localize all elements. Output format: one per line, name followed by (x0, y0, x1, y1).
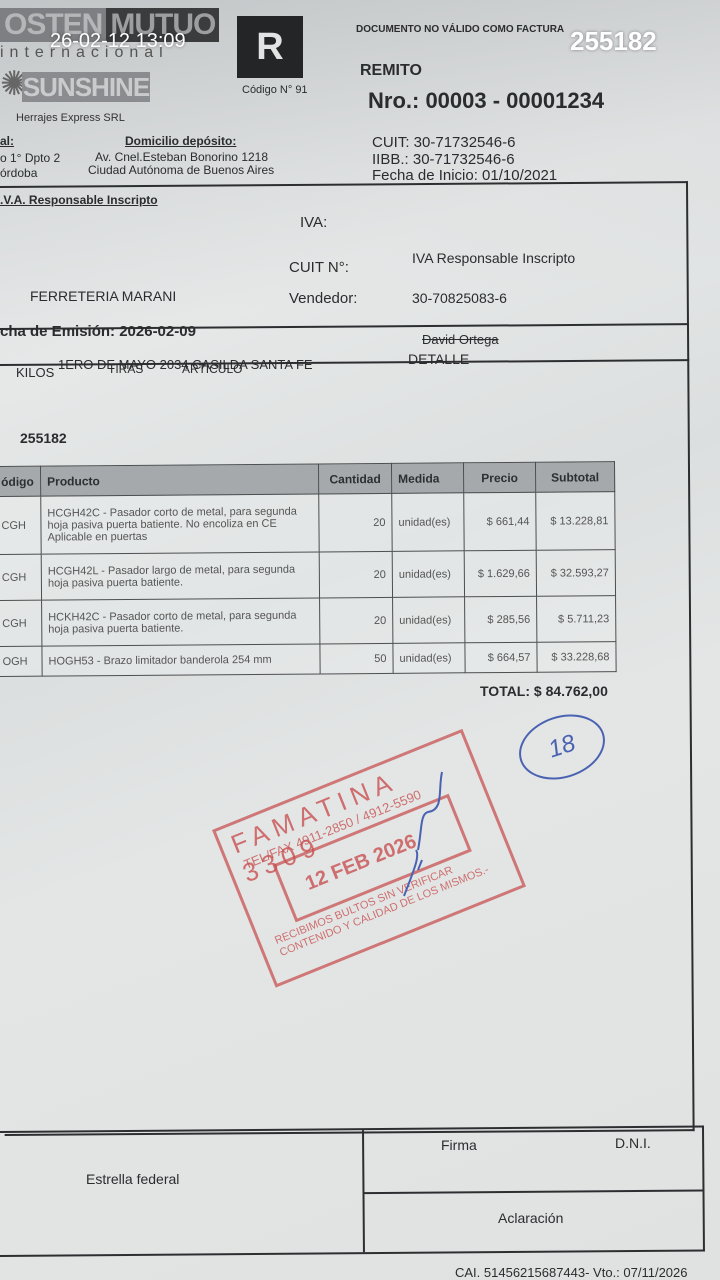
deposit-address-label: Domicilio depósito: (125, 134, 236, 148)
client-cuit-value: 30-70825083-6 (412, 290, 507, 306)
doc-code: Código N° 91 (242, 84, 308, 96)
items-table: ódigo Producto Cantidad Medida Precio Su… (0, 461, 617, 677)
cell-codigo: CGH (0, 496, 41, 554)
cell-subtotal: $ 5.711,23 (537, 596, 616, 643)
kilos-label: KILOS (16, 365, 54, 380)
cell-precio: $ 1.629,66 (464, 550, 536, 597)
col-medida: Medida (391, 463, 463, 494)
table-row: CGH HCGH42L - Pasador largo de metal, pa… (0, 550, 616, 601)
cell-medida: unidad(es) (392, 551, 464, 598)
cell-subtotal: $ 13.228,81 (536, 492, 615, 551)
sunshine-logo: SUNSHINE (22, 72, 150, 102)
cell-cantidad: 20 (319, 493, 392, 552)
client-iva-label: IVA: (300, 214, 327, 231)
detalle-label: DETALLE (408, 351, 469, 367)
doc-type: REMITO (360, 62, 422, 80)
table-header-row: ódigo Producto Cantidad Medida Precio Su… (0, 462, 615, 497)
photo-timestamp: 26-02-12 13:09 (50, 30, 186, 53)
signature-box (0, 1125, 705, 1257)
client-cuit-label: CUIT N°: (289, 259, 349, 276)
seller-name: David Ortega (422, 332, 499, 347)
cell-cantidad: 20 (319, 551, 392, 598)
cell-cantidad: 20 (320, 597, 393, 644)
cell-producto: HCGH42C - Pasador corto de metal, para s… (41, 494, 319, 554)
total-amount: TOTAL: $ 84.762,00 (480, 683, 608, 699)
col-subtotal: Subtotal (535, 462, 614, 493)
cell-producto: HOGH53 - Brazo limitador banderola 254 m… (42, 644, 320, 676)
cell-producto: HCGH42L - Pasador largo de metal, para s… (41, 552, 319, 600)
col-precio: Precio (463, 462, 535, 493)
handwritten-signature (398, 770, 448, 900)
table-row: OGH HOGH53 - Brazo limitador banderola 2… (0, 642, 616, 677)
fiscal-address-line2: órdoba (0, 166, 37, 180)
deposit-address-line2: Ciudad Autónoma de Buenos Aires (88, 163, 274, 177)
cai-number: CAI. 51456215687443- Vto.: 07/11/2026 (455, 1265, 688, 1280)
cell-subtotal: $ 32.593,27 (536, 550, 615, 597)
not-valid-notice: DOCUMENTO NO VÁLIDO COMO FACTURA (356, 24, 564, 35)
table-row: CGH HCGH42C - Pasador corto de metal, pa… (0, 492, 615, 555)
transport-name: Estrella federal (86, 1171, 179, 1187)
divider (362, 1189, 702, 1194)
seller-label: Vendedor: (289, 290, 357, 307)
doc-letter-box: R (237, 16, 303, 78)
fiscal-address-line1: o 1° Dpto 2 (0, 151, 60, 165)
deposit-address-line1: Av. Cnel.Esteban Bonorino 1218 (95, 150, 268, 164)
client-iva-value: IVA Responsable Inscripto (412, 250, 575, 266)
issuer-cuit: CUIT: 30-71732546-6 (372, 134, 515, 151)
col-producto: Producto (41, 464, 319, 496)
clarification-label: Aclaración (498, 1210, 563, 1226)
issuer-iibb: IIBB.: 30-71732546-6 (372, 151, 515, 168)
issue-date: cha de Emisión: 2026-02-09 (0, 323, 196, 340)
cell-precio: $ 285,56 (465, 596, 537, 643)
cell-codigo: CGH (0, 554, 42, 600)
cell-subtotal: $ 33.228,68 (537, 642, 616, 673)
order-id: 255182 (20, 430, 67, 446)
cell-medida: unidad(es) (393, 643, 465, 674)
table-row: CGH HCKH42C - Pasador corto de metal, pa… (0, 596, 616, 647)
photo-id: 255182 (570, 26, 657, 57)
tiras-label: TIRAS (108, 362, 143, 376)
dni-label: D.N.I. (615, 1135, 651, 1151)
cell-medida: unidad(es) (392, 493, 464, 552)
cell-precio: $ 664,57 (465, 642, 537, 673)
cell-codigo: OGH (0, 646, 42, 676)
signature-label: Firma (441, 1137, 477, 1153)
cell-cantidad: 50 (320, 643, 393, 674)
col-cantidad: Cantidad (318, 463, 391, 494)
fiscal-address-label: al: (0, 134, 14, 148)
company-name: Herrajes Express SRL (16, 112, 125, 124)
articulo-label: ARTICULO (182, 362, 242, 376)
client-name: FERRETERIA MARANI (30, 288, 176, 304)
cell-medida: unidad(es) (393, 597, 465, 644)
col-codigo: ódigo (0, 466, 41, 496)
cell-precio: $ 661,44 (464, 492, 536, 551)
cell-producto: HCKH42C - Pasador corto de metal, para s… (42, 598, 320, 646)
doc-number: Nro.: 00003 - 00001234 (368, 88, 604, 114)
cell-codigo: CGH (0, 600, 42, 646)
